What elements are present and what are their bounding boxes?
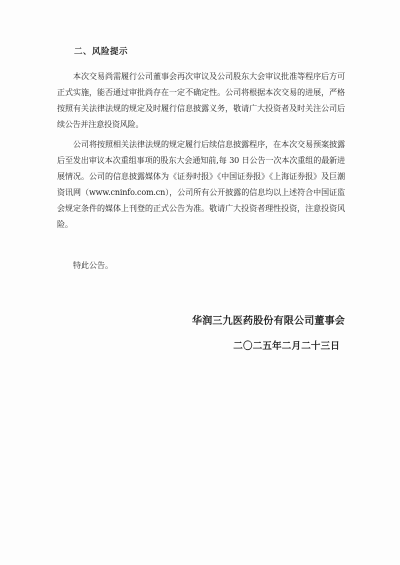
signature-block: 华润三九医药股份有限公司董事会 二〇二五年二月二十三日 <box>57 315 345 354</box>
signature-company-board: 华润三九医药股份有限公司董事会 <box>57 315 345 329</box>
document-content: 二、风险提示 本次交易尚需履行公司董事会再次审议及公司股东大会审议批准等程序后方… <box>57 46 345 354</box>
signature-date: 二〇二五年二月二十三日 <box>57 340 345 354</box>
risk-paragraph-disclosure-media: 公司将按照相关法律法规的规定履行后续信息披露程序，在本次交易预案披露后至发出审议… <box>57 137 345 233</box>
announcement-page: 二、风险提示 本次交易尚需履行公司董事会再次审议及公司股东大会审议批准等程序后方… <box>0 0 400 565</box>
risk-paragraph-approval-uncertainty: 本次交易尚需履行公司董事会再次审议及公司股东大会审议批准等程序后方可正式实施，能… <box>57 69 345 133</box>
section-heading-risk-notice: 二、风险提示 <box>57 46 345 58</box>
closing-statement: 特此公告。 <box>57 258 345 274</box>
